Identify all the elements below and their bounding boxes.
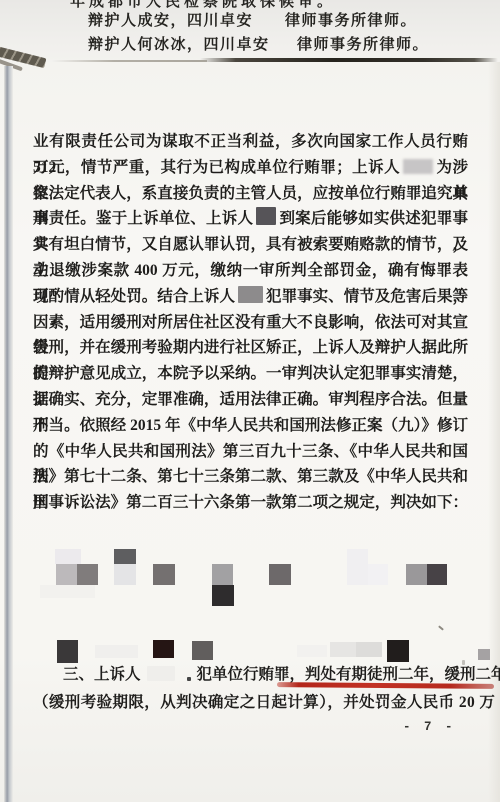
inline-redaction-block [256,207,276,225]
text-line: 万元，情节严重，其行为已构成单位行贿罪；上诉人为涉案单 [33,155,468,181]
verdict-item-three-continued: （缓刑考验期限，从判决确定之日起计算），并处罚金人民币 20 万 [33,690,473,716]
inline-redaction-block [187,677,191,681]
text-line: 刑事诉讼法》第二百三十六条第一款第二项之规定，判决如下： [33,490,468,516]
text-line: 因素，适用缓刑对所居住社区没有重大不良影响，依法可对其宣告 [33,310,468,336]
text-line: 据确实、充分，定罪准确，适用法律正确。审判程序合法。但量刑 [33,387,468,413]
text-line: 缓刑，并在缓刑考验期内进行社区矫正，上诉人及辩护人据此所提 [33,335,468,361]
clipped-text: 年成都市人民检察院取保候审。 [70,0,470,9]
inline-redaction-block [147,666,175,681]
text-line: 的《中华人民共和国刑法》第三百九十三条、《中华人民共和国刑 [33,439,468,465]
text-segment: 三、上诉人 [63,666,141,683]
text-segment: 犯单位行贿罪，判处有期徒刑二年，缓刑二年。 [197,666,500,683]
defender-line-1-right: 律师事务所律师。 [285,11,417,31]
defender-line-2-left: 辩护人何冰冰，四川卓安 [88,35,270,55]
previous-page-strip: 年成都市人民检察院取保候审。 辩护人成安，四川卓安 律师事务所律师。 辩护人何冰… [0,0,500,62]
text-line: 法》第七十二条、第七十三条第二款、第三款及《中华人民共和国 [33,464,468,490]
defender-line-1-left: 辩护人成安，四川卓安 [88,11,253,31]
text-line: 事责任。鉴于上诉单位、上诉人到案后能够如实供述犯罪事实， [33,206,468,232]
text-segment: 不当。依照经 2015 年《中华人民共和国刑法修正案（九）》修订 [33,417,468,434]
text-segment: 犯罪事实、情节及危害后果等 [266,288,468,305]
document-photo: 年成都市人民检察院取保候审。 辩护人成安，四川卓安 律师事务所律师。 辩护人何冰… [0,0,500,802]
text-segment: 事责任。鉴于上诉单位、上诉人 [33,210,253,227]
inline-redaction-block [238,286,263,303]
text-segment: 刑事诉讼法》第二百三十六条第一款第二项之规定，判决如下： [33,494,468,511]
page-number: - 7 - [403,720,456,734]
text-line: 具有坦白情节，又自愿认罪认罚，具有被索要贿赂款的情节，及主 [33,232,468,258]
text-line: 位法定代表人，系直接负责的主管人员，应按单位行贿罪追究其刑 [33,181,468,207]
page-edge-line [200,58,498,62]
text-segment: 万元，情节严重，其行为已构成单位行贿罪；上诉人 [33,159,400,176]
clipped-text-line: 年成都市人民检察院取保候审。 [70,0,470,9]
text-line: 动退缴涉案款 400 万元，缴纳一审所判全部罚金，确有悔罪表现， [33,258,468,284]
paper-right-edge-shade [488,62,500,802]
text-line: 可酌情从轻处罚。结合上诉人犯罪事实、情节及危害后果等 [33,284,468,310]
inline-redaction-block [403,159,433,174]
page-edge-line-faint [52,60,207,62]
judgment-body-paragraph: 业有限责任公司为谋取不正当利益，多次向国家工作人员行贿 512万元，情节严重，其… [33,129,468,516]
paper-left-edge-shadow [4,66,13,802]
text-line: 业有限责任公司为谋取不正当利益，多次向国家工作人员行贿 512 [33,129,468,155]
text-line: 的辩护意见成立，本院予以采纳。一审判决认定犯罪事实清楚，证 [33,361,468,387]
text-segment: 可酌情从轻处罚。结合上诉人 [33,288,235,305]
photo-speck [462,660,465,665]
defender-line-2-right: 律师事务所律师。 [297,35,429,55]
text-line: 不当。依照经 2015 年《中华人民共和国刑法修正案（九）》修订 [33,413,468,439]
